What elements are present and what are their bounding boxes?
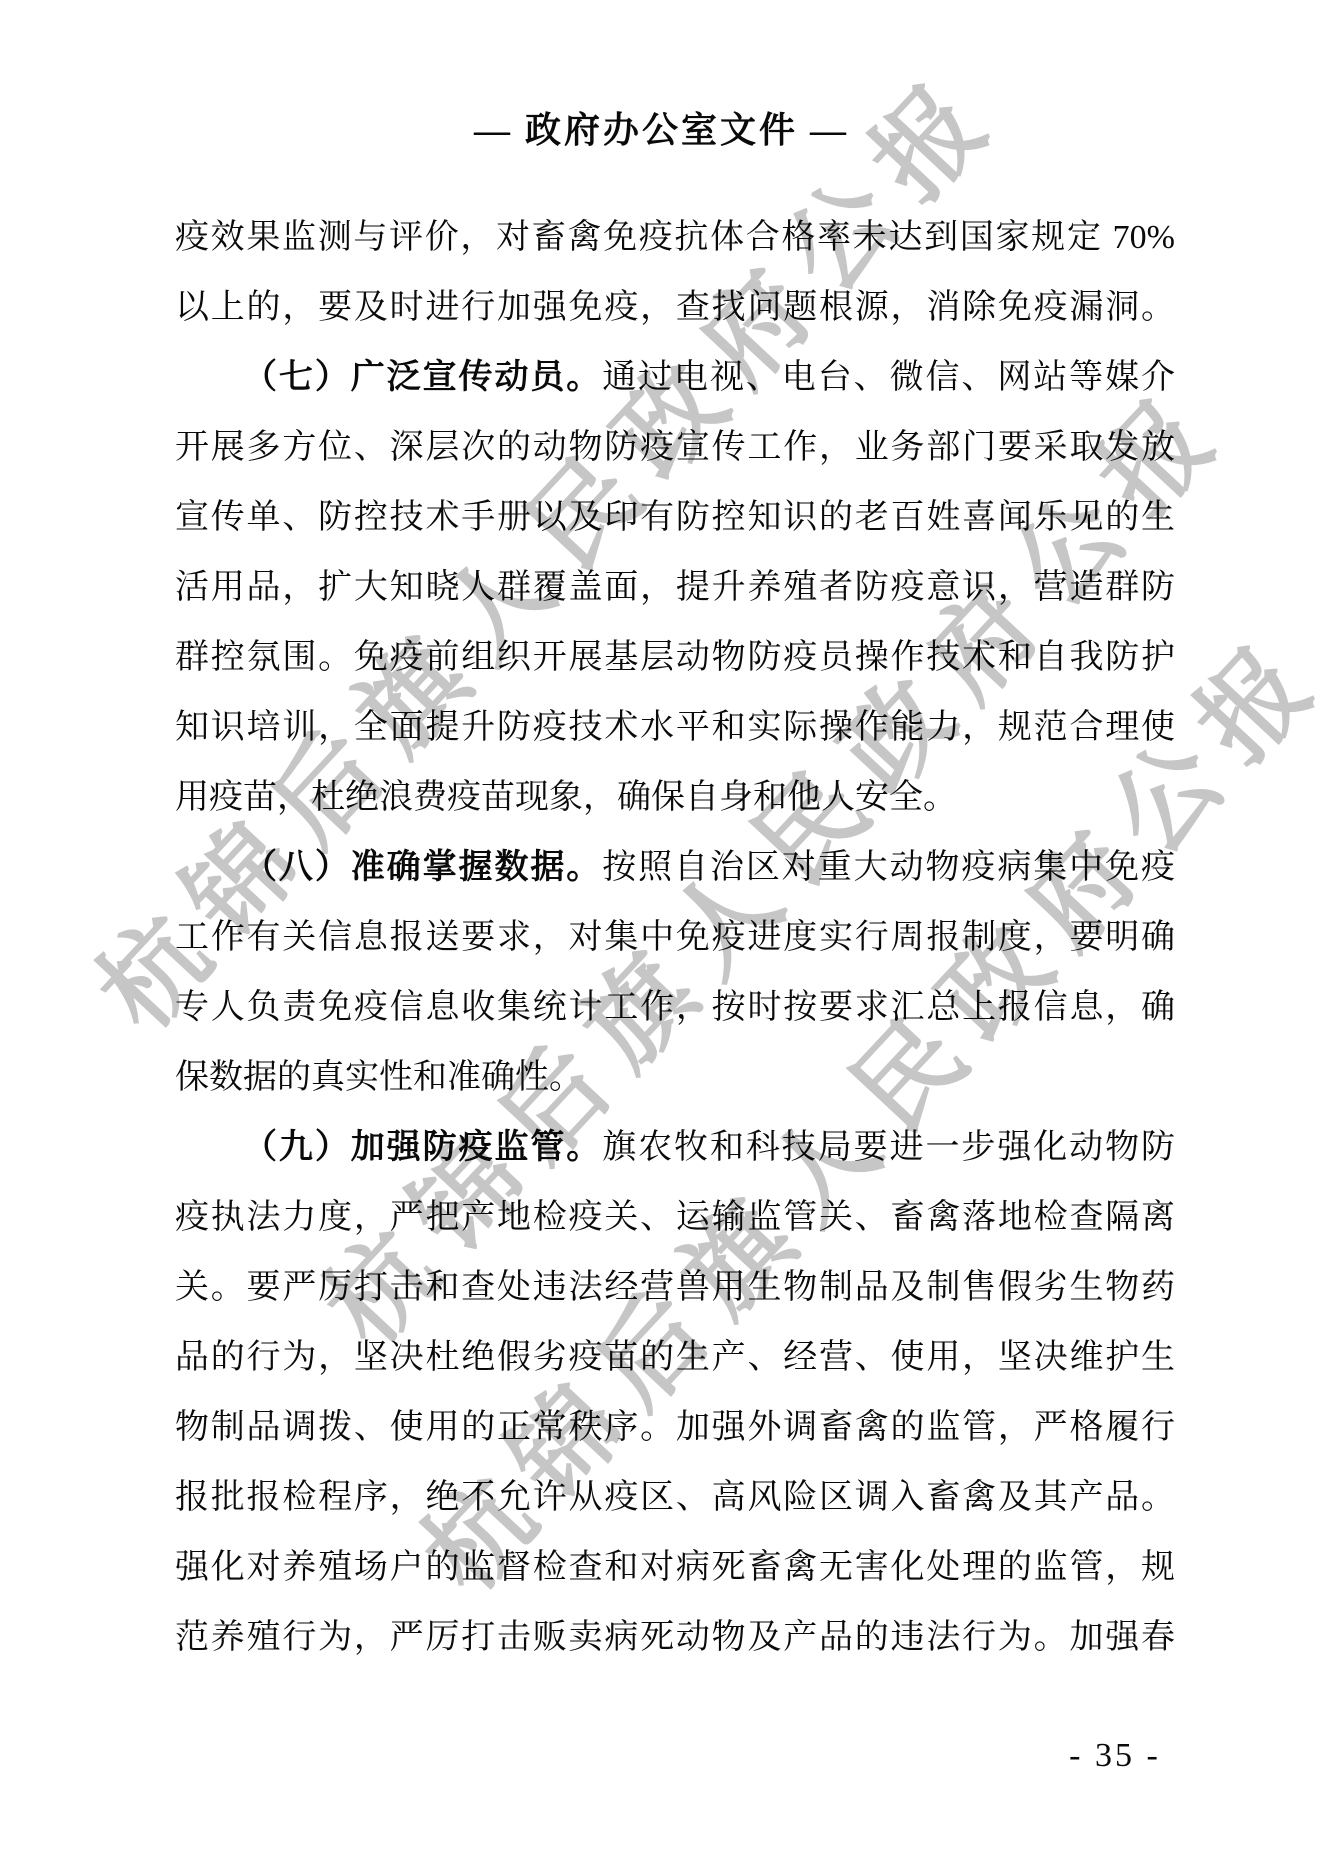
body-line: 以上的，要及时进行加强免疫，查找问题根源，消除免疫漏洞。 [175,273,1175,343]
body-line-text: 范养殖行为，严厉打击贩卖病死动物及产品的违法行为。加强春 [175,1619,1175,1656]
body-line: 活用品，扩大知晓人群覆盖面，提升养殖者防疫意识，营造群防 [175,553,1175,623]
section-heading: （八）准确掌握数据。 [243,849,602,886]
body-line: 工作有关信息报送要求，对集中免疫进度实行周报制度，要明确 [175,903,1175,973]
body-line: 用疫苗，杜绝浪费疫苗现象，确保自身和他人安全。 [175,763,1175,833]
body-line: 知识培训，全面提升防疫技术水平和实际操作能力，规范合理使 [175,693,1175,763]
body-line-text: 知识培训，全面提升防疫技术水平和实际操作能力，规范合理使 [175,709,1175,746]
page-number: - 35 - [1035,1733,1195,1779]
body-line: 报批报检程序，绝不允许从疫区、高风险区调入畜禽及其产品。 [175,1463,1175,1533]
body-line-text: 用疫苗，杜绝浪费疫苗现象，确保自身和他人安全。 [175,779,957,816]
body-line-text: 按照自治区对重大动物疫病集中免疫 [602,849,1175,886]
body-line-text: 工作有关信息报送要求，对集中免疫进度实行周报制度，要明确 [175,919,1175,956]
body-line-text: 强化对养殖场户的监督检查和对病死畜禽无害化处理的监管，规 [175,1549,1175,1586]
body-line: 宣传单、防控技术手册以及印有防控知识的老百姓喜闻乐见的生 [175,483,1175,553]
body-line: 强化对养殖场户的监督检查和对病死畜禽无害化处理的监管，规 [175,1533,1175,1603]
body-line-text: 品的行为，坚决杜绝假劣疫苗的生产、经营、使用，坚决维护生 [175,1339,1175,1376]
body-line: 关。要严厉打击和查处违法经营兽用生物制品及制售假劣生物药 [175,1253,1175,1323]
page: { "page": { "header_title": "— 政府办公室文件 —… [0,0,1323,1871]
body-line-text: 通过电视、电台、微信、网站等媒介 [602,359,1175,396]
body-line-text: 疫执法力度，严把产地检疫关、运输监管关、畜禽落地检查隔离 [175,1199,1175,1236]
document-body: 疫效果监测与评价，对畜禽免疫抗体合格率未达到国家规定 70%以上的，要及时进行加… [175,203,1175,1673]
body-line-text: 物制品调拨、使用的正常秩序。加强外调畜禽的监管，严格履行 [175,1409,1175,1446]
body-line: （七）广泛宣传动员。通过电视、电台、微信、网站等媒介 [175,343,1175,413]
body-line: 疫执法力度，严把产地检疫关、运输监管关、畜禽落地检查隔离 [175,1183,1175,1253]
body-line: 保数据的真实性和准确性。 [175,1043,1175,1113]
body-line: 品的行为，坚决杜绝假劣疫苗的生产、经营、使用，坚决维护生 [175,1323,1175,1393]
header-title: — 政府办公室文件 — [474,110,849,150]
body-line: （九）加强防疫监管。旗农牧和科技局要进一步强化动物防 [175,1113,1175,1183]
body-line-text: 开展多方位、深层次的动物防疫宣传工作，业务部门要采取发放 [175,429,1175,466]
body-line-text: 旗农牧和科技局要进一步强化动物防 [602,1129,1175,1166]
section-heading: （七）广泛宣传动员。 [243,359,602,396]
body-line-text: 保数据的真实性和准确性。 [175,1059,583,1096]
body-line: 范养殖行为，严厉打击贩卖病死动物及产品的违法行为。加强春 [175,1603,1175,1673]
body-line-text: 报批报检程序，绝不允许从疫区、高风险区调入畜禽及其产品。 [175,1479,1175,1516]
body-line-text: 群控氛围。免疫前组织开展基层动物防疫员操作技术和自我防护 [175,639,1175,676]
body-line-text: 关。要严厉打击和查处违法经营兽用生物制品及制售假劣生物药 [175,1269,1175,1306]
body-line-text: 活用品，扩大知晓人群覆盖面，提升养殖者防疫意识，营造群防 [175,569,1175,606]
body-line: 疫效果监测与评价，对畜禽免疫抗体合格率未达到国家规定 70% [175,203,1175,273]
section-heading: （九）加强防疫监管。 [243,1129,602,1166]
body-line: （八）准确掌握数据。按照自治区对重大动物疫病集中免疫 [175,833,1175,903]
body-line: 开展多方位、深层次的动物防疫宣传工作，业务部门要采取发放 [175,413,1175,483]
body-line-text: 疫效果监测与评价，对畜禽免疫抗体合格率未达到国家规定 70% [175,219,1175,256]
document-header: — 政府办公室文件 — [0,104,1323,156]
body-line: 群控氛围。免疫前组织开展基层动物防疫员操作技术和自我防护 [175,623,1175,693]
body-line: 专人负责免疫信息收集统计工作，按时按要求汇总上报信息，确 [175,973,1175,1043]
body-line-text: 以上的，要及时进行加强免疫，查找问题根源，消除免疫漏洞。 [175,289,1175,326]
body-line-text: 专人负责免疫信息收集统计工作，按时按要求汇总上报信息，确 [175,989,1175,1026]
body-line-text: 宣传单、防控技术手册以及印有防控知识的老百姓喜闻乐见的生 [175,499,1175,536]
body-line: 物制品调拨、使用的正常秩序。加强外调畜禽的监管，严格履行 [175,1393,1175,1463]
